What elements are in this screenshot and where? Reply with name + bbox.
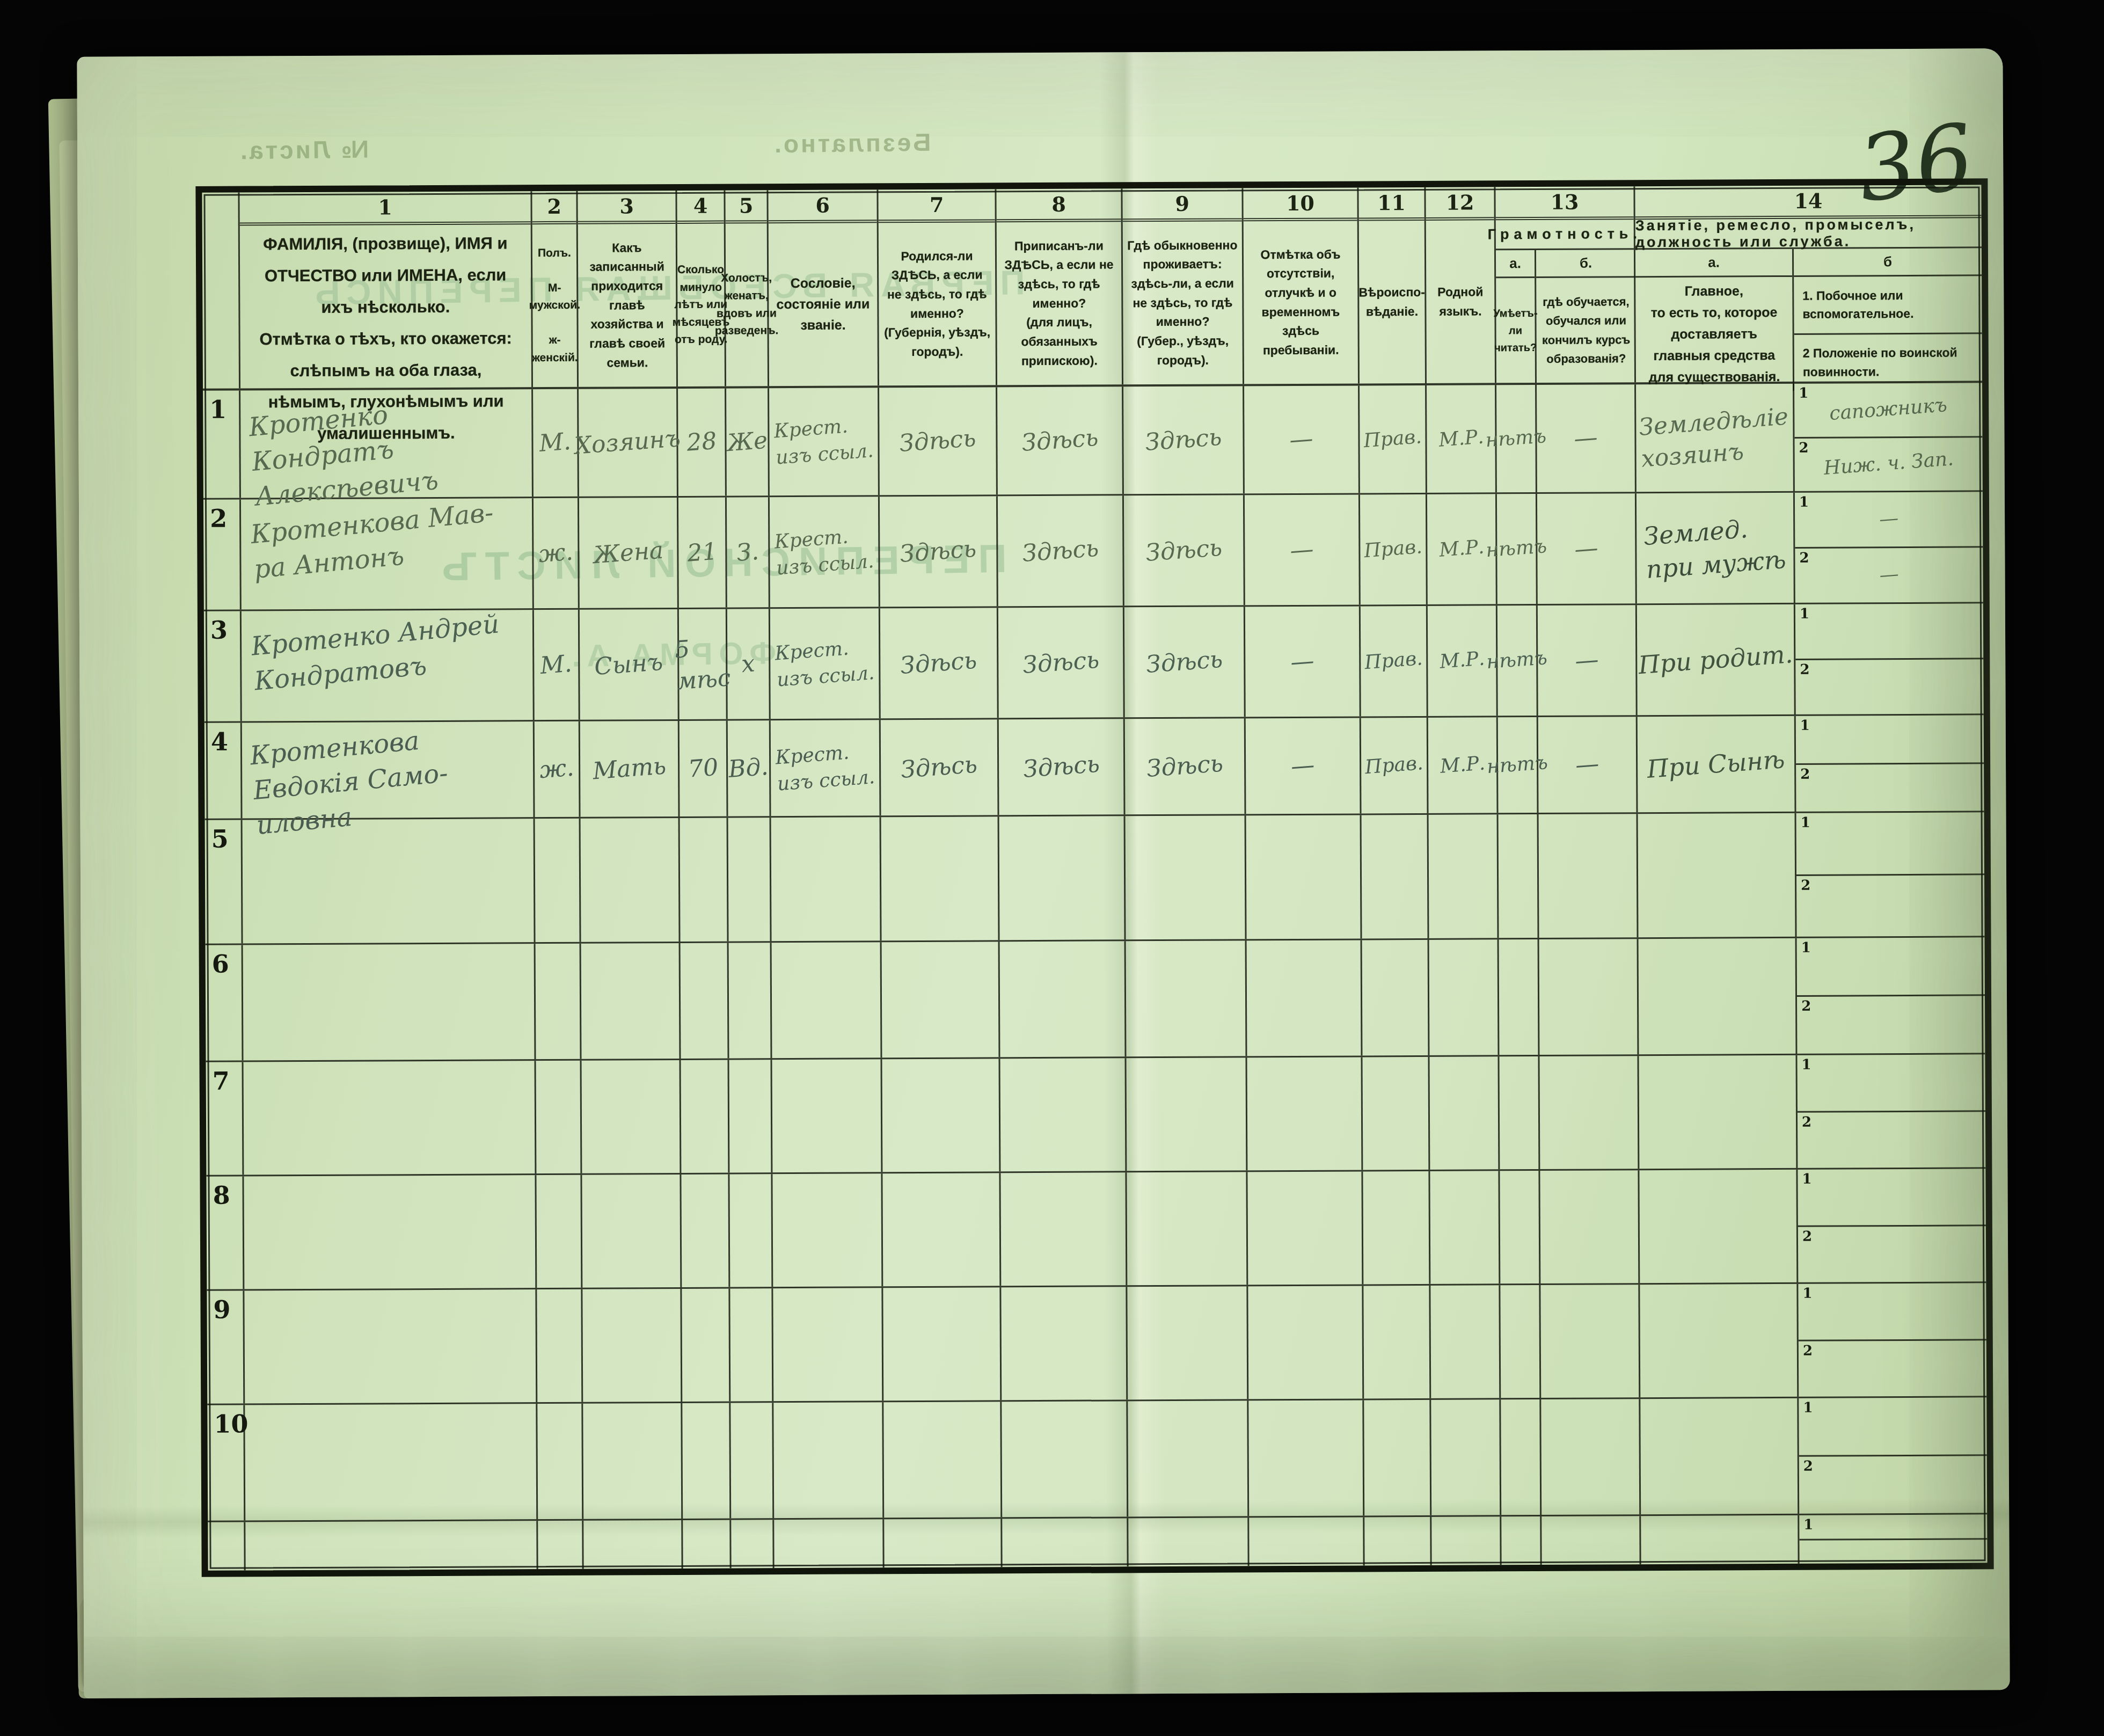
cell-usual-residence: Здѣсь [1124, 495, 1245, 606]
column-14a-label: а. [1635, 249, 1792, 278]
cell-age [681, 943, 729, 1059]
cell-usual-residence [1127, 1057, 1248, 1171]
cell-native-language [1429, 939, 1500, 1055]
cell-estate [771, 817, 882, 941]
column-3-description: Какъ записанный приходится главѣ хозяйст… [578, 224, 676, 387]
cell-usual-residence [1126, 815, 1247, 939]
table-row: 6 1 2 [206, 937, 1985, 1062]
cell-estate [772, 942, 882, 1058]
printed-sub-number-2: 2 [1800, 662, 1809, 678]
column-2-number: 2 [532, 191, 576, 224]
cell-sex [536, 1175, 582, 1288]
cell-main-occupation [1639, 1170, 1798, 1283]
column-8-description: Приписанъ-ли ЗДѢСЬ, а если не здѣсь, то … [997, 222, 1122, 385]
cell-row-number: 4 [204, 723, 243, 819]
cell-side-occupation: 1 [1799, 1514, 1987, 1540]
cell-row-number: 6 [206, 945, 244, 1061]
cell-native-language [1429, 814, 1499, 938]
cell-age: 70 [680, 721, 728, 816]
cell-main-occupation: Земледѣліе хозяинъ [1636, 384, 1795, 492]
cell-born-here [881, 816, 1000, 940]
column-7-description: Родился-ли ЗДѢСЬ, а если не здѣсь, то гд… [879, 222, 996, 385]
cell-can-read [1500, 1171, 1540, 1283]
cell-marital-status [730, 1403, 774, 1518]
column-13b-label: б. [1536, 250, 1635, 278]
cell-sex: М. [534, 610, 580, 720]
table-row: 8 1 2 [206, 1169, 1986, 1290]
cell-religion [1362, 815, 1429, 939]
cell-native-language [1429, 1056, 1500, 1170]
cell-native-language [1431, 1399, 1501, 1515]
cell-military-status: 2 [1796, 764, 1984, 812]
cell-education [1541, 1399, 1641, 1515]
cell-side-occupation: 1 [1795, 603, 1983, 660]
column-5-description: Холостъ, женатъ, вдовъ или разведенъ. [726, 223, 768, 386]
cell-born-here [882, 1173, 1001, 1286]
cell-sex: ж. [535, 721, 581, 817]
printed-sub-number-1: 1 [1803, 1400, 1813, 1416]
cell-marital-status: х [727, 609, 771, 719]
cell-religion [1364, 1517, 1431, 1566]
printed-sub-number-1: 1 [1800, 606, 1809, 622]
cell-secondary-occupation: 1 2 [1796, 812, 1985, 937]
cell-religion [1363, 1171, 1430, 1285]
cell-religion: Прав. [1360, 494, 1428, 605]
column-8-number: 8 [996, 188, 1121, 222]
cell-marital-status [729, 1060, 773, 1172]
cell-relation [581, 818, 681, 942]
cell-education [1540, 1285, 1640, 1398]
printed-sub-number-2: 2 [1802, 1114, 1811, 1130]
cell-main-occupation [1638, 813, 1797, 937]
cell-military-status: 2 [1798, 1112, 1985, 1168]
cell-row-number: 9 [207, 1291, 245, 1404]
cell-can-read [1499, 814, 1539, 938]
cell-marital-status [730, 1288, 773, 1401]
cell-estate: Крест. изъ ссыл. [769, 388, 880, 495]
column-6-description: Сословіе, состояніе или званіе. [769, 223, 878, 386]
cell-marital-status: Же [726, 388, 770, 495]
cell-marital-status [731, 1520, 774, 1568]
cell-registered-here: Здѣсь [997, 386, 1124, 494]
cell-can-read: нѣтъ [1496, 385, 1537, 492]
cell-sex [538, 1521, 583, 1569]
cell-row-number: 1 [203, 391, 241, 498]
column-13a-label: а. [1496, 250, 1535, 278]
table-row: 4 Кротенкова Евдокія Само- иловна ж. Мат… [204, 715, 1984, 820]
column-13b-description: гдѣ обучается, обучался или кончилъ курс… [1536, 278, 1636, 383]
cell-born-here: Здѣсь [879, 387, 998, 495]
column-13a-header: а. Умѣетъ-ли читать? [1496, 250, 1537, 383]
cell-sex [536, 944, 582, 1059]
cell-usual-residence: Здѣсь [1125, 718, 1246, 814]
column-12-description: Родной языкъ. [1426, 220, 1495, 383]
cell-row-number: 5 [205, 820, 243, 944]
cell-age: 5 мѣс [679, 609, 728, 719]
cell-name [245, 1521, 538, 1570]
cell-absence-note [1247, 1171, 1363, 1285]
cell-relation [582, 1175, 682, 1288]
column-9-header: 9 Гдѣ обыкновенно проживаетъ: здѣсь-ли, … [1122, 188, 1244, 384]
printed-sub-number-1: 1 [1799, 494, 1809, 510]
cell-usual-residence [1128, 1401, 1249, 1516]
cell-absence-note [1247, 1057, 1363, 1170]
printed-sub-number-1: 1 [1803, 1517, 1813, 1533]
cell-born-here [884, 1519, 1002, 1567]
cell-main-occupation: При родит. [1637, 604, 1796, 715]
cell-usual-residence: Здѣсь [1123, 386, 1245, 494]
cell-education [1539, 1056, 1639, 1169]
column-7-header: 7 Родился-ли ЗДѢСЬ, а если не здѣсь, то … [878, 189, 997, 385]
cell-can-read [1501, 1516, 1542, 1565]
cell-relation [582, 1289, 682, 1402]
photo-scene: № Листа. Безплатно. ПЕРВАЯ ВСЕОБЩАЯ ПЕРЕ… [0, 0, 2104, 1736]
cell-side-occupation: 1 [1798, 1169, 1985, 1227]
printed-sub-number-1: 1 [1800, 718, 1810, 734]
cell-secondary-occupation: 1 2 [1796, 715, 1984, 812]
cell-absence-note [1248, 1400, 1364, 1516]
cell-sex [537, 1289, 583, 1402]
column-5-number: 5 [725, 190, 766, 223]
cell-can-read [1499, 939, 1540, 1055]
column-13a-description: Умѣетъ-ли читать? [1496, 278, 1535, 383]
cell-usual-residence [1127, 1172, 1248, 1285]
printed-sub-number-2: 2 [1801, 998, 1811, 1015]
cell-secondary-occupation: 1 2 [1798, 1169, 1986, 1282]
cell-marital-status: Вд. [728, 720, 771, 816]
cell-side-occupation: 1 [1796, 715, 1984, 764]
cell-sex [537, 1404, 583, 1519]
cell-military-status: 2 [1797, 996, 1985, 1054]
cell-usual-residence [1127, 1286, 1248, 1399]
column-14b1-description: 1. Побочное или вспомогательное. [1794, 276, 1982, 334]
cell-side-occupation: 1 [1799, 1397, 1986, 1457]
column-2-description: Полъ. М-мужской. ж-женскій. [532, 224, 577, 387]
cell-usual-residence: Здѣсь [1124, 607, 1246, 717]
printed-sub-number-2: 2 [1803, 1458, 1813, 1475]
cell-estate: Крест. изъ ссыл. [770, 608, 881, 719]
cell-estate: Крест. изъ ссыл. [771, 720, 881, 816]
cell-absence-note: — [1244, 385, 1360, 493]
column-14b-header: б 1. Побочное или вспомогательное. 2 Пол… [1794, 248, 1982, 391]
cell-row-number: 10 [207, 1405, 245, 1521]
table-row: 1 Кротенко Кондратъ Алексѣевичъ М. Хозяи… [203, 383, 1983, 499]
cell-row-number [208, 1522, 245, 1570]
column-1-number: 1 [239, 191, 530, 225]
cell-name [244, 1175, 537, 1289]
column-14-number: 14 [1635, 185, 1981, 220]
cell-native-language [1431, 1516, 1501, 1565]
table-row: 10 1 2 [207, 1397, 1987, 1522]
cell-absence-note [1247, 940, 1363, 1056]
cell-side-occupation: 1 [1798, 1283, 1986, 1341]
cell-military-status: 2 [1799, 1456, 1987, 1514]
table-header: 1 ФАМИЛІЯ, (прозвище), ИМЯ и ОТЧЕСТВО ил… [202, 185, 1982, 390]
cell-born-here [882, 942, 1000, 1057]
column-6-header: 6 Сословіе, состояніе или званіе. [768, 189, 879, 386]
cell-born-here: Здѣсь [880, 496, 998, 607]
cell-age [680, 818, 729, 942]
cell-name [245, 1404, 538, 1520]
cell-education [1539, 814, 1639, 938]
cell-age [681, 1060, 730, 1173]
cell-can-read [1500, 1285, 1541, 1398]
column-10-number: 10 [1243, 187, 1357, 221]
column-14b2-description: 2 Положеніе по воинской повинности. [1794, 334, 1982, 391]
cell-marital-status: З. [727, 497, 770, 607]
cell-registered-here: Здѣсь [999, 719, 1126, 815]
cell-absence-note [1246, 815, 1362, 939]
cell-side-occupation: 1 сапожникъ [1794, 383, 1982, 438]
column-13-title: Грамотность. [1496, 220, 1634, 250]
cell-education: — [1538, 717, 1638, 813]
cell-main-occupation [1640, 1398, 1799, 1514]
cell-sex [535, 819, 581, 942]
cell-absence-note [1249, 1517, 1364, 1566]
cell-registered-here [1001, 1287, 1128, 1400]
column-10-header: 10 Отмѣтка объ отсутствіи, отлучкѣ и о в… [1243, 187, 1360, 384]
cell-religion: Прав. [1361, 718, 1429, 814]
cell-secondary-occupation: 1 [1799, 1514, 1987, 1564]
cell-relation [583, 1403, 683, 1519]
column-14a-header: а. Главное, то есть то, которое доставля… [1635, 249, 1794, 391]
column-1-header: 1 ФАМИЛІЯ, (прозвище), ИМЯ и ОТЧЕСТВО ил… [239, 191, 533, 388]
cell-age [683, 1520, 731, 1569]
cell-registered-here [999, 816, 1126, 940]
cell-born-here [883, 1287, 1002, 1401]
cell-born-here [882, 1059, 1001, 1172]
printed-sub-number-2: 2 [1803, 1343, 1813, 1359]
cell-registered-here [1002, 1401, 1128, 1517]
column-12-header: 12 Родной языкъ. [1426, 187, 1496, 383]
cell-name [244, 1289, 537, 1403]
cell-age: 21 [678, 498, 727, 608]
cell-main-occupation: При Сынѣ [1638, 716, 1796, 812]
cell-estate [774, 1519, 884, 1568]
cell-can-read: нѣтъ [1498, 717, 1539, 813]
cell-native-language [1430, 1171, 1500, 1284]
cell-born-here: Здѣсь [881, 719, 999, 815]
column-7-number: 7 [878, 189, 995, 223]
cell-relation [583, 1520, 683, 1569]
cell-sex [536, 1061, 582, 1173]
cell-side-occupation: 1 [1797, 937, 1985, 997]
column-14-title: Занятіе, ремесло, промыселъ, должность и… [1635, 218, 1982, 250]
cell-registered-here [1000, 1058, 1127, 1171]
column-11-number: 11 [1358, 187, 1424, 221]
cell-religion [1362, 1057, 1430, 1170]
cell-name: Кротенкова Мав- ра Антонъ [241, 498, 534, 609]
cell-secondary-occupation: 1 2 [1797, 937, 1985, 1054]
cell-name: Кротенко Кондратъ Алексѣевичъ [240, 389, 534, 498]
cell-main-occupation [1639, 1055, 1798, 1169]
printed-sub-number-1: 1 [1801, 940, 1811, 956]
cell-row-number: 2 [203, 500, 242, 610]
cell-main-occupation: Землед. при мужѣ [1637, 493, 1795, 603]
cell-name [243, 944, 536, 1060]
cell-secondary-occupation: 1 2 [1797, 1054, 1985, 1168]
cell-side-occupation: 1 [1796, 812, 1985, 876]
printed-sub-number-2: 2 [1802, 1228, 1812, 1244]
cell-name [244, 1061, 537, 1175]
cell-name: Кротенкова Евдокія Само- иловна [242, 721, 535, 818]
cell-education: — [1537, 493, 1637, 604]
cell-military-status [1799, 1540, 1987, 1564]
cell-estate [772, 1173, 883, 1287]
column-13b-header: б. гдѣ обучается, обучался или кончилъ к… [1536, 250, 1636, 383]
column-13-number: 13 [1495, 186, 1633, 220]
cell-military-status: 2 [1798, 1226, 1986, 1282]
column-9-number: 9 [1122, 188, 1241, 222]
cell-registered-here: Здѣсь [998, 607, 1125, 718]
cell-religion [1364, 1400, 1431, 1516]
cell-estate [773, 1288, 883, 1401]
printed-sub-number-2: 2 [1801, 877, 1810, 893]
column-9-description: Гдѣ обыкновенно проживаетъ: здѣсь-ли, а … [1123, 221, 1243, 384]
bleedthrough-sheet-number: № Листа. [238, 135, 369, 165]
cell-marital-status [729, 1174, 773, 1287]
column-2-header: 2 Полъ. М-мужской. ж-женскій. [532, 191, 579, 387]
cell-marital-status [728, 818, 772, 941]
column-13-header-group: 13 Грамотность. а. Умѣетъ-ли читать? б. … [1495, 186, 1636, 383]
column-14-header-group: 14 Занятіе, ремесло, промыселъ, должност… [1635, 185, 1982, 382]
cell-name: Кротенко Андрей Кондратовъ [242, 610, 535, 721]
column-6-number: 6 [768, 189, 876, 223]
column-8-header: 8 Приписанъ-ли ЗДѢСЬ, а если не здѣсь, т… [996, 188, 1123, 385]
cell-can-read [1501, 1399, 1542, 1515]
cell-absence-note [1248, 1286, 1364, 1399]
cell-absence-note: — [1246, 718, 1362, 814]
cell-education [1542, 1516, 1641, 1565]
cell-native-language [1430, 1285, 1501, 1398]
cell-sex: М. [533, 389, 579, 497]
cell-estate [773, 1402, 884, 1518]
printed-sub-number-1: 1 [1799, 385, 1808, 402]
cell-can-read: нѣтъ [1497, 606, 1538, 716]
cell-registered-here: Здѣсь [998, 495, 1124, 606]
cell-can-read [1499, 1056, 1540, 1169]
table-body: 1 Кротенко Кондратъ Алексѣевичъ М. Хозяи… [203, 383, 1988, 1570]
cell-can-read: нѣтъ [1497, 494, 1538, 604]
cell-registered-here [1000, 941, 1127, 1057]
cell-religion: Прав. [1360, 385, 1427, 493]
table-row: 3 Кротенко Андрей Кондратовъ М. Сынъ 5 м… [204, 603, 1984, 723]
column-10-description: Отмѣтка объ отсутствіи, отлучкѣ и о врем… [1244, 221, 1358, 384]
cell-religion: Прав. [1361, 606, 1428, 717]
printed-sub-number-1: 1 [1802, 1286, 1812, 1302]
census-page: № Листа. Безплатно. ПЕРВАЯ ВСЕОБЩАЯ ПЕРЕ… [77, 48, 2010, 1698]
cell-age [681, 1175, 730, 1287]
column-11-description: Вѣроиспо-вѣданіе. [1359, 221, 1425, 384]
cell-military-status: 2 [1795, 659, 1983, 714]
cell-education [1540, 1170, 1640, 1283]
cell-name [243, 819, 536, 943]
column-5-header: 5 Холостъ, женатъ, вдовъ или разведенъ. [725, 190, 769, 386]
printed-sub-number-2: 2 [1799, 550, 1809, 566]
cell-age: 28 [678, 389, 727, 496]
cell-age [682, 1403, 731, 1519]
cell-education: — [1538, 605, 1638, 716]
row-number-column-header [202, 193, 240, 389]
cell-relation: Мать [580, 721, 680, 817]
cell-secondary-occupation: 1 2 [1795, 603, 1984, 714]
cell-usual-residence [1128, 1518, 1249, 1566]
cell-main-occupation [1639, 938, 1798, 1054]
table-row: 7 1 2 [206, 1054, 1986, 1176]
cell-side-occupation: 1 [1797, 1054, 1985, 1112]
cell-education: — [1537, 384, 1637, 492]
cell-relation [582, 1060, 682, 1173]
printed-sub-number-2: 2 [1800, 766, 1810, 782]
printed-sub-number-2: 2 [1799, 440, 1808, 456]
cell-side-occupation: 1 — [1795, 492, 1983, 549]
cell-secondary-occupation: 1 — 2 — [1795, 492, 1983, 603]
cell-military-status: 2 [1796, 875, 1984, 937]
table-row: 9 1 2 [207, 1283, 1986, 1405]
cell-registered-here [1000, 1172, 1127, 1286]
column-3-header: 3 Какъ записанный приходится главѣ хозяй… [578, 191, 678, 387]
column-14a-description: Главное, то есть то, которое доставляетъ… [1635, 277, 1793, 391]
cell-absence-note: — [1245, 494, 1361, 605]
cell-secondary-occupation: 1 2 [1798, 1283, 1986, 1397]
cell-registered-here [1002, 1518, 1128, 1567]
table-row: 2 Кротенкова Мав- ра Антонъ ж. Жена 21 З… [203, 492, 1983, 611]
table-row: 1 [208, 1514, 1987, 1570]
cell-religion [1363, 1286, 1431, 1399]
cell-absence-note: — [1245, 606, 1361, 717]
cell-secondary-occupation: 1 сапожникъ 2 Ниж. ч. Зап. [1794, 383, 1983, 491]
cell-military-status: 2 — [1795, 548, 1983, 603]
column-11-header: 11 Вѣроиспо-вѣданіе. [1358, 187, 1427, 384]
printed-sub-number-1: 1 [1802, 1171, 1811, 1187]
cell-usual-residence [1126, 940, 1247, 1056]
cell-row-number: 7 [206, 1062, 244, 1175]
cell-estate [772, 1059, 883, 1172]
cell-military-status: 2 Ниж. ч. Зап. [1794, 437, 1982, 491]
printed-sub-number-1: 1 [1802, 1057, 1811, 1073]
column-12-number: 12 [1426, 187, 1494, 221]
cell-religion [1362, 940, 1430, 1056]
cell-row-number: 3 [204, 611, 242, 721]
cell-relation: Хозяинъ [579, 389, 678, 497]
cell-main-occupation [1641, 1515, 1799, 1564]
cell-relation: Жена [579, 498, 679, 608]
printed-sub-number-1: 1 [1801, 815, 1810, 831]
cell-military-status: 2 [1799, 1340, 1986, 1397]
census-table: 1 ФАМИЛІЯ, (прозвище), ИМЯ и ОТЧЕСТВО ил… [195, 178, 1993, 1577]
cell-marital-status [729, 943, 772, 1058]
column-14b-label: б [1794, 248, 1982, 277]
cell-sex: ж. [534, 498, 580, 608]
cell-row-number: 8 [206, 1177, 244, 1289]
cell-education [1539, 939, 1639, 1055]
cell-estate: Крест. изъ ссыл. [770, 497, 880, 607]
cell-relation [581, 943, 681, 1059]
cell-age [682, 1289, 730, 1402]
cell-secondary-occupation: 1 2 [1799, 1397, 1987, 1514]
cell-born-here: Здѣсь [880, 608, 999, 718]
table-row: 5 1 2 [205, 812, 1985, 945]
cell-relation: Сынъ [580, 609, 680, 720]
bleedthrough-free-label: Безплатно. [772, 128, 931, 158]
column-4-number: 4 [677, 191, 724, 224]
cell-main-occupation [1640, 1284, 1799, 1397]
column-3-number: 3 [578, 191, 675, 224]
cell-born-here [883, 1402, 1002, 1518]
